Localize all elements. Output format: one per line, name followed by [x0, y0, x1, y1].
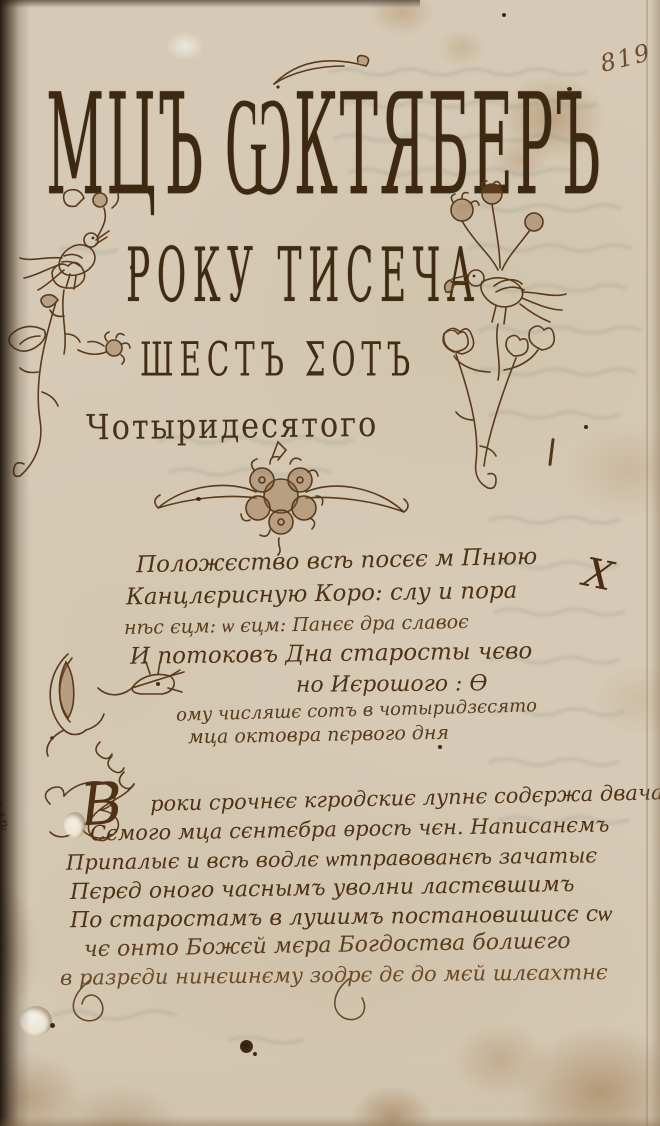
- wormhole: [20, 1006, 52, 1036]
- manuscript-page: 819 МЦЪ ѠКТЯБЕРЪ РОКУ ТИСЕЧА ШЕСТЪ ΣОТЪ …: [0, 0, 660, 1126]
- body-line: Припалыє и всѣ водлє ѡтправованєѣ зачаты…: [66, 843, 597, 875]
- ink-speck: [584, 425, 588, 429]
- pen-stroke-mark: [548, 438, 554, 466]
- center-line: нѣс єцм: ѡ єцм: Панєє дра славоє: [124, 611, 469, 640]
- rosette-icon: [150, 438, 412, 556]
- ink-speck: [196, 497, 201, 501]
- ink-speck: [502, 13, 506, 17]
- right-flowers-icon: [428, 330, 540, 492]
- margin-x-mark: X: [580, 550, 617, 601]
- ink-speck: [438, 745, 442, 749]
- wormhole: [64, 812, 86, 838]
- signature-tails-icon: [50, 978, 410, 1028]
- margin-vertical-note: алѣ: [0, 798, 13, 834]
- date-line: ому числяшє сотъ в чотыридзєсято: [176, 695, 537, 725]
- body-line: роки срочнєє кгродскиє лупнє содєржа два…: [150, 780, 660, 816]
- ink-blot: [240, 1040, 253, 1053]
- ink-speck: [253, 1052, 257, 1056]
- page-edge-bottom: [0, 1116, 660, 1126]
- ink-speck: [130, 265, 135, 270]
- center-line: но Иєрошого : Ѳ: [296, 671, 488, 698]
- small-flower-icon: [74, 326, 136, 374]
- center-line: Канцлєрисную Коро: слу и пора: [126, 578, 518, 611]
- body-line: чє онто Божєй мєра Богдоства болшєго: [84, 929, 571, 962]
- body-line: По старостамъ в лушимъ постановишисє сѡ: [70, 901, 612, 934]
- page-edge-right: [650, 0, 660, 1126]
- binding-gutter-shadow: [0, 0, 30, 1126]
- left-margin-flower-icon: [0, 292, 86, 484]
- page-crease: [646, 0, 648, 1126]
- date-line: мца октовра пєрвого дня: [188, 722, 449, 749]
- page-edge-top: [0, 0, 420, 8]
- ink-speck: [567, 87, 572, 91]
- body-line: Пєрєд оного часнымъ уволни ластєвшимъ: [70, 872, 575, 905]
- title-hundreds-line: ШЕСТЪ ΣОТЪ: [140, 334, 416, 387]
- ink-speck: [50, 1023, 55, 1028]
